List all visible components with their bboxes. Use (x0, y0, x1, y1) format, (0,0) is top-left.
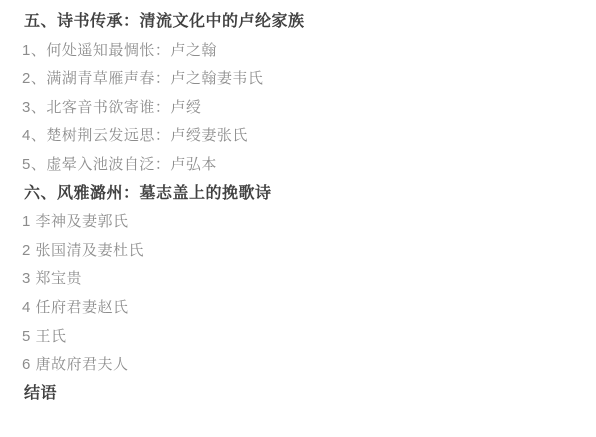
toc-item-5-4: 4、楚树荆云发远思：卢绶妻张氏 (22, 122, 576, 151)
conclusion-heading: 结语 (22, 380, 576, 409)
toc-item-6-5: 5 王氏 (22, 323, 576, 352)
document-page: 五、诗书传承：清流文化中的卢纶家族 1、何处遥知最惆怅：卢之翰 2、满湖青草雁声… (0, 0, 596, 437)
toc-item-6-1: 1 李神及妻郭氏 (22, 208, 576, 237)
toc-item-5-1: 1、何处遥知最惆怅：卢之翰 (22, 37, 576, 66)
toc-item-6-3: 3 郑宝贵 (22, 265, 576, 294)
toc-item-5-5: 5、虚晕入池波自泛：卢弘本 (22, 151, 576, 180)
toc-item-6-6: 6 唐故府君夫人 (22, 351, 576, 380)
section-6-heading: 六、风雅潞州：墓志盖上的挽歌诗 (22, 180, 576, 209)
section-5-heading: 五、诗书传承：清流文化中的卢纶家族 (22, 8, 576, 37)
toc-item-5-2: 2、满湖青草雁声春：卢之翰妻韦氏 (22, 65, 576, 94)
toc-item-6-2: 2 张国清及妻杜氏 (22, 237, 576, 266)
toc-item-6-4: 4 任府君妻赵氏 (22, 294, 576, 323)
toc-item-5-3: 3、北客音书欲寄谁：卢绶 (22, 94, 576, 123)
